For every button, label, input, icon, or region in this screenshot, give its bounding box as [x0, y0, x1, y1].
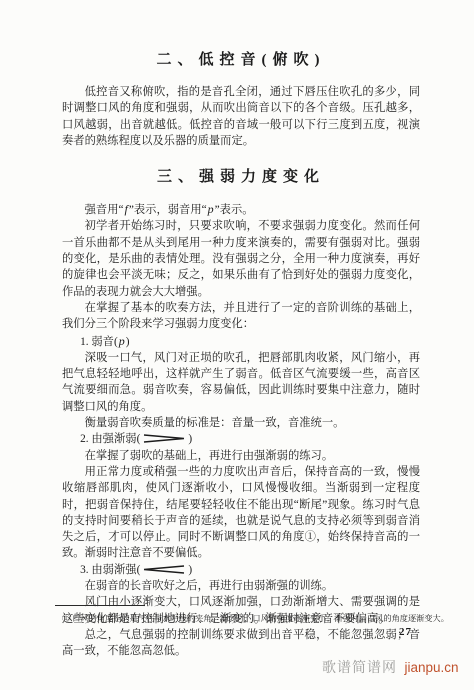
list-item-heading-crescendo: 3. 由弱渐强( )	[62, 562, 420, 578]
footnote: ① 口风的角度指的是气柱与水平线的夹角。渐弱时，口风的角度逐渐变小；渐强时，口风…	[62, 613, 467, 624]
paragraph: 衡量弱音吹奏质量的标准是：音量一致，音准统一。	[62, 415, 420, 431]
heading-text: 2. 由强渐弱(	[80, 433, 140, 445]
heading-text: )	[188, 564, 192, 576]
paragraph: 深吸一口气，风门对正埙的吹孔，把唇部肌肉收紧，风门缩小，再把气息轻轻地呼出，这样…	[62, 350, 420, 415]
piano-symbol: p	[207, 202, 215, 216]
section-title-low-control: 二、低控音(俯吹)	[62, 50, 420, 70]
crescendo-hairpin-icon	[143, 565, 185, 574]
paragraph: 用正常力度或稍强一些的力度吹出声音后，保持音高的一致，慢慢收缩唇部肌肉，使风门逐…	[62, 464, 420, 562]
page-content: 二、低控音(俯吹) 低控音又称俯吹，指的是音孔全闭，通过下唇压住吹孔的多少，同时…	[62, 50, 420, 660]
book-page: 二、低控音(俯吹) 低控音又称俯吹，指的是音孔全闭，通过下唇压住吹孔的多少，同时…	[0, 0, 474, 690]
footnote-text: 口风的角度指的是气柱与水平线的夹角。渐弱时，口风的角度逐渐变小；渐强时，口风的角…	[70, 614, 449, 623]
paragraph: 在掌握了弱吹的基础上，再进行由强渐弱的练习。	[62, 448, 420, 464]
list-item-heading-decrescendo: 2. 由强渐弱( )	[62, 431, 420, 447]
list-item-heading-weak-tone: 1. 弱音(p)	[62, 333, 420, 350]
notation-post: ”表示。	[215, 204, 254, 216]
paragraph: 在掌握了基本的吹奏方法，并且进行了一定的音阶训练的基础上，我们分三个阶段来学习强…	[62, 300, 420, 333]
heading-text: )	[188, 433, 192, 445]
paragraph: 在弱音的长音吹好之后，再进行由弱渐强的训练。	[62, 578, 420, 594]
closing-paragraph: 总之，气息强弱的控制训练要求做到出音平稳，不能忽强忽弱；音高一致，不能忽高忽低。	[62, 627, 420, 660]
decrescendo-hairpin-icon	[143, 434, 185, 443]
piano-symbol: p	[118, 334, 126, 348]
heading-text: 3. 由弱渐强(	[80, 564, 140, 576]
notation-pre: 强音用“	[85, 204, 124, 216]
footnote-divider	[55, 605, 145, 606]
heading-text: 1. 弱音(	[80, 336, 118, 348]
section-title-dynamics: 三、强弱力度变化	[62, 167, 420, 187]
watermark-site-url: jianpu.cn	[405, 660, 459, 675]
heading-text: )	[126, 336, 130, 348]
notation-mid: ”表示，弱音用“	[129, 204, 207, 216]
paragraph: 初学者开始练习时，只要求吹响，不要求强弱力度变化。然而任何一首乐曲都不是从头到尾…	[62, 218, 420, 299]
dynamics-notation-line: 强音用“f”表示，弱音用“p”表示。	[62, 201, 420, 218]
paragraph: 低控音又称俯吹，指的是音孔全闭，通过下唇压住吹孔的多少，同时调整口风的角度和强弱…	[62, 84, 420, 149]
footnote-marker: ①	[62, 614, 70, 623]
watermark-site-name: 歌谱简谱网	[322, 661, 397, 676]
page-number: 27	[399, 626, 412, 638]
watermark: 歌谱简谱网 jianpu.cn	[322, 657, 459, 677]
